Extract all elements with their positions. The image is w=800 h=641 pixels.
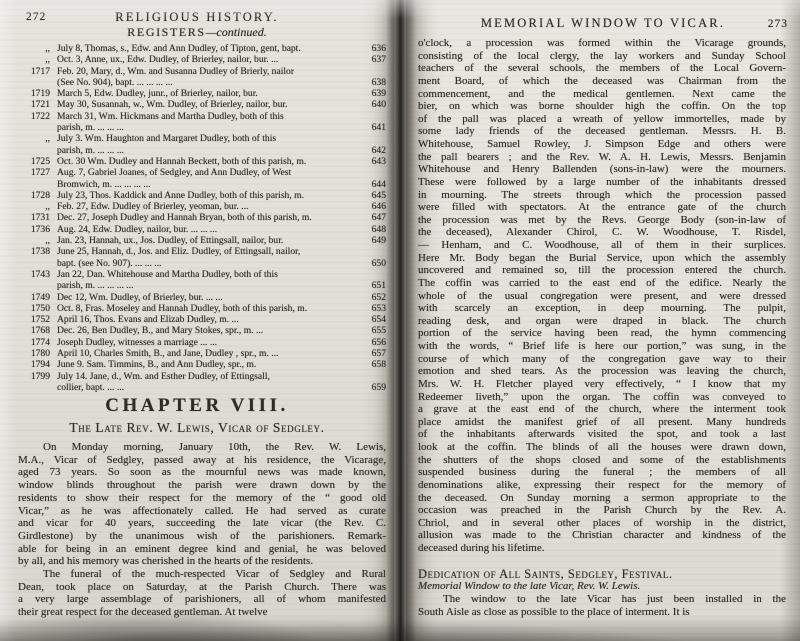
text-line: aged 73 years. So soon as the mournful n… xyxy=(18,466,386,479)
register-ref-number: 647 xyxy=(360,212,386,223)
register-year: ,, xyxy=(18,235,57,246)
register-ref-number: 638 xyxy=(360,77,386,88)
register-ref-number: 642 xyxy=(360,145,386,156)
register-entry: 1768Dec. 26, Ben Dudley, B., and Mary St… xyxy=(18,325,386,336)
register-text-line: July 3. Wm. Haughton and Margaret Dudley… xyxy=(57,133,360,144)
text-line: of the pall was placed a wreath of yello… xyxy=(418,113,786,126)
register-ref-number: 636 xyxy=(360,43,386,54)
text-line: M.A., Vicar of Sedgley, passed away at h… xyxy=(18,454,386,467)
chapter-heading: CHAPTER VIII. xyxy=(0,395,394,417)
register-text-line: March 31, Wm. Hickmans and Martha Dudley… xyxy=(57,111,360,122)
register-ref-number: 659 xyxy=(360,382,386,393)
register-text-line: Aug. 24, Edw. Dudley, nailor, bur. ... .… xyxy=(57,224,360,235)
register-entry: 1725Oct. 30 Wm. Dudley and Hannah Becket… xyxy=(18,156,386,167)
text-line: suspended business during the funeral ; … xyxy=(418,466,786,479)
register-text: Oct. 8, Fras. Moseley and Hannah Dudley,… xyxy=(57,303,360,314)
register-text-line: Feb. 20, Mary, d., Wm. and Susanna Dudle… xyxy=(57,66,360,77)
text-line: the deceased. On Sunday morning a sermon… xyxy=(418,492,786,505)
text-line: commencement, and the medical gentlemen.… xyxy=(418,88,786,101)
closing-paragraph: The window to the late Vicar has just be… xyxy=(418,593,786,618)
register-ref-number: 655 xyxy=(360,325,386,336)
register-ref-number: 657 xyxy=(360,348,386,359)
register-text-line: June 9. Sam. Timmins, B., and Ann Dudley… xyxy=(57,359,360,370)
register-text: Dec. 27, Joseph Dudley and Hannah Bryan,… xyxy=(57,212,360,223)
text-line: consisting of the local clergy, the lay … xyxy=(418,50,786,63)
register-text-line: March 5, Edw. Dudley, junr., of Brierley… xyxy=(57,88,360,99)
book-scan: 272 RELIGIOUS HISTORY. REGISTERS—continu… xyxy=(0,0,800,641)
text-line: look at the coffin. The blinds of all th… xyxy=(418,441,786,454)
text-line: in mourning. The streets through which t… xyxy=(418,189,786,202)
register-entry: ,,Feb. 27, Edw. Dudley of Brierley, yeom… xyxy=(18,201,386,212)
register-entry: 1780April 10, Charles Smith, B., and Jan… xyxy=(18,348,386,359)
register-entry: 1721May 30, Susannah, w., Wm. Dudley, of… xyxy=(18,99,386,110)
text-line: allusion was made to the Christian chara… xyxy=(418,529,786,542)
register-text-line: Jan 22, Dan. Whitehouse and Martha Dudle… xyxy=(57,269,360,280)
register-entry: 1738June 25, Hannah, d., Jos. and Eliz. … xyxy=(18,246,386,269)
text-line: Here Mr. Body began the Burial Service, … xyxy=(418,252,786,265)
text-line: The coffin was carried to the east end o… xyxy=(418,277,786,290)
text-line: residents to show their respect for the … xyxy=(18,492,386,505)
text-line: a grave at the east end of the church, w… xyxy=(418,403,786,416)
text-line: place amidst the manifest grief of all p… xyxy=(418,416,786,429)
text-line: with the words, “ Brief life is here our… xyxy=(418,340,786,353)
text-line: portion of the service having been read,… xyxy=(418,327,786,340)
register-year: 1731 xyxy=(18,212,57,223)
register-text: Aug. 7, Gabriel Joanes, of Sedgley, and … xyxy=(57,167,360,190)
register-year: 1727 xyxy=(18,167,57,190)
text-line: able for being in an eminent degree kind… xyxy=(18,543,386,556)
text-line: by all, and his memory was cherished in … xyxy=(18,555,386,568)
register-year: 1799 xyxy=(18,371,57,394)
register-text-line: July 8, Thomas, s., Edw. and Ann Dudley,… xyxy=(57,43,360,54)
text-line: Chriol, and in several other places of w… xyxy=(418,517,786,530)
dedication-heading: Dedication of All Saints, Sedgley, Festi… xyxy=(418,568,786,581)
register-text: April 10, Charles Smith, B., and Jane, D… xyxy=(57,348,360,359)
register-year: 1768 xyxy=(18,325,57,336)
register-text: Jan. 23, Hannah, ux., Jos. Dudley, of Et… xyxy=(57,235,360,246)
register-ref-number: 641 xyxy=(360,122,386,133)
text-line: teachers of the several schools, the mem… xyxy=(418,62,786,75)
register-entry: ,,July 3. Wm. Haughton and Margaret Dudl… xyxy=(18,133,386,156)
register-text-line: (See No. 904), bapt. ... ... ... ... xyxy=(57,77,360,88)
register-text-line: June 25, Hannah, d., Jos. and Eliz. Dudl… xyxy=(57,246,360,257)
register-ref-number: 648 xyxy=(360,224,386,235)
register-text: July 3. Wm. Haughton and Margaret Dudley… xyxy=(57,133,360,156)
register-text-line: parish, m. ... ... ... xyxy=(57,122,360,133)
register-entry: 1799July 14. Jane, d., Wm. and Esther Du… xyxy=(18,371,386,394)
register-entry: 1731Dec. 27, Joseph Dudley and Hannah Br… xyxy=(18,212,386,223)
register-year: 1752 xyxy=(18,314,57,325)
register-text: March 31, Wm. Hickmans and Martha Dudley… xyxy=(57,111,360,134)
register-ref-number: 640 xyxy=(360,99,386,110)
register-text: Oct. 30 Wm. Dudley and Hannah Beckett, b… xyxy=(57,156,360,167)
register-entry: 1749Dec 12, Wm. Dudley, of Brierley, bur… xyxy=(18,292,386,303)
register-text-line: parish, m. ... ... ... ... xyxy=(57,280,360,291)
register-text-line: July 14. Jane, d., Wm. and Esther Dudley… xyxy=(57,371,360,382)
register-entry: ,,Jan. 23, Hannah, ux., Jos. Dudley, of … xyxy=(18,235,386,246)
text-line: the pall bearers ; and the Rev. W. A. H.… xyxy=(418,151,786,164)
register-text: Feb. 20, Mary, d., Wm. and Susanna Dudle… xyxy=(57,66,360,89)
right-running-header: MEMORIAL WINDOW TO VICAR. xyxy=(406,16,800,31)
register-year: 1719 xyxy=(18,88,57,99)
register-entry: 1722March 31, Wm. Hickmans and Martha Du… xyxy=(18,111,386,134)
text-line: ment Board, of which the deceased was Ch… xyxy=(418,75,786,88)
register-year: 1738 xyxy=(18,246,57,269)
register-text-line: Bromwich, m. ... ... ... ... xyxy=(57,179,360,190)
register-year: ,, xyxy=(18,54,57,65)
text-line: denominations alike, expressing their re… xyxy=(418,479,786,492)
text-line: occasion was preached in the Parish Chur… xyxy=(418,504,786,517)
text-line: These were followed by a large number of… xyxy=(418,176,786,189)
register-ref-number: 652 xyxy=(360,292,386,303)
right-page-body: o'clock, a procession was formed within … xyxy=(418,37,786,618)
register-text: July 8, Thomas, s., Edw. and Ann Dudley,… xyxy=(57,43,360,54)
register-entry: 1794June 9. Sam. Timmins, B., and Ann Du… xyxy=(18,359,386,370)
text-line: Whitehouse and Henry Ballenden (sons-in-… xyxy=(418,163,786,176)
register-text-line: Dec. 26, Ben Dudley, B., and Mary Stokes… xyxy=(57,325,360,336)
register-text: March 5, Edw. Dudley, junr., of Brierley… xyxy=(57,88,360,99)
text-line: The window to the late Vicar has just be… xyxy=(418,593,786,606)
register-entry: 1728July 23, Thos. Kaddick and Anne Dudl… xyxy=(18,190,386,201)
register-text: Aug. 24, Edw. Dudley, nailor, bur. ... .… xyxy=(57,224,360,235)
register-text: April 16, Thos. Evans and Elizab Dudley,… xyxy=(57,314,360,325)
register-text-line: Jan. 23, Hannah, ux., Jos. Dudley, of Et… xyxy=(57,235,360,246)
text-line: On Monday morning, January 10th, the Rev… xyxy=(18,441,386,454)
text-line: Mrs. W. H. Fletcher played very effectiv… xyxy=(418,378,786,391)
register-text-line: Aug. 7, Gabriel Joanes, of Sedgley, and … xyxy=(57,167,360,178)
text-line: of the inhabitants afterwards visited th… xyxy=(418,428,786,441)
register-entry: 1752April 16, Thos. Evans and Elizab Dud… xyxy=(18,314,386,325)
text-line: a very large assemblage of parishioners,… xyxy=(18,593,386,606)
register-year: 1749 xyxy=(18,292,57,303)
register-text-line: parish, m. ... ... ... xyxy=(57,145,360,156)
register-year: 1722 xyxy=(18,111,57,134)
register-text: Joseph Dudley, witnesses a marriage ... … xyxy=(57,337,360,348)
dedication-subheading: Memorial Window to the late Vicar, Rev. … xyxy=(418,580,786,593)
text-line: the shutters of the shops closed and som… xyxy=(418,454,786,467)
book-spine-shadow xyxy=(386,0,416,641)
register-entry: 1736Aug. 24, Edw. Dudley, nailor, bur. .… xyxy=(18,224,386,235)
register-text-line: Dec 12, Wm. Dudley, of Brierley, bur. ..… xyxy=(57,292,360,303)
register-year: 1721 xyxy=(18,99,57,110)
text-line: the deceased), Alexander Chirol, C. W. W… xyxy=(418,226,786,239)
register-ref-number: 650 xyxy=(360,258,386,269)
register-text-line: April 10, Charles Smith, B., and Jane, D… xyxy=(57,348,360,359)
register-entry: 1719March 5, Edw. Dudley, junr., of Brie… xyxy=(18,88,386,99)
text-line: with scarcely an exception, in deep mour… xyxy=(418,302,786,315)
register-year: 1774 xyxy=(18,337,57,348)
register-year: 1728 xyxy=(18,190,57,201)
registers-heading-continued: —continued. xyxy=(206,25,267,39)
text-line: reading desk, and organ were draped in b… xyxy=(418,315,786,328)
register-text: Feb. 27, Edw. Dudley of Brierley, yeoman… xyxy=(57,201,360,212)
text-line: uncovered and remained so, till the proc… xyxy=(418,264,786,277)
register-text: Oct. 3, Anne, ux., Edw. Dudley, of Brier… xyxy=(57,54,360,65)
text-line: their great respect for the deceased gen… xyxy=(18,606,386,619)
text-line: Dean, took place on Saturday, at the Par… xyxy=(18,581,386,594)
text-line: bier, on which was borne shoulder high t… xyxy=(418,100,786,113)
text-line: and vicar for 40 years, succeeding the l… xyxy=(18,517,386,530)
register-text-line: May 30, Susannah, w., Wm. Dudley, of Bri… xyxy=(57,99,360,110)
text-line: — Henham, and C. Woodhouse, all of them … xyxy=(418,239,786,252)
register-text-line: July 23, Thos. Kaddick and Anne Dudley, … xyxy=(57,190,360,201)
chapter-subheading: The Late Rev. W. Lewis, Vicar of Sedgley… xyxy=(0,420,394,436)
memorial-paragraph: o'clock, a procession was formed within … xyxy=(418,37,786,555)
text-line: emotion and shed tears. As the processio… xyxy=(418,365,786,378)
register-entry: 1774Joseph Dudley, witnesses a marriage … xyxy=(18,337,386,348)
register-ref-number: 646 xyxy=(360,201,386,212)
register-ref-number: 644 xyxy=(360,179,386,190)
text-line: the procession was met by the Revs. Geor… xyxy=(418,214,786,227)
text-line: The funeral of the much-respected Vicar … xyxy=(18,568,386,581)
register-ref-number: 651 xyxy=(360,280,386,291)
left-page: 272 RELIGIOUS HISTORY. REGISTERS—continu… xyxy=(0,0,394,641)
register-ref-number: 658 xyxy=(360,359,386,370)
text-line: South Aisle as close as possible to the … xyxy=(418,606,786,619)
text-line: o'clock, a procession was formed within … xyxy=(418,37,786,50)
text-line: some lady friends of the deceased gentle… xyxy=(418,125,786,138)
register-year: 1743 xyxy=(18,269,57,292)
register-ref-number: 637 xyxy=(360,54,386,65)
register-year: 1717 xyxy=(18,66,57,89)
register-text: Jan 22, Dan. Whitehouse and Martha Dudle… xyxy=(57,269,360,292)
text-line: Girdlestone) by the unanimous wish of th… xyxy=(18,530,386,543)
register-ref-number: 649 xyxy=(360,235,386,246)
right-page: 273 MEMORIAL WINDOW TO VICAR. o'clock, a… xyxy=(406,0,800,641)
register-text-line: bapt. (see No. 907). ... ... ... xyxy=(57,258,360,269)
register-entry: 1750Oct. 8, Fras. Moseley and Hannah Dud… xyxy=(18,303,386,314)
text-line: window blinds throughout the parish were… xyxy=(18,479,386,492)
register-year: ,, xyxy=(18,43,57,54)
register-text-line: collier, bapt. ... ... xyxy=(57,382,360,393)
register-year: 1736 xyxy=(18,224,57,235)
register-year: 1750 xyxy=(18,303,57,314)
register-text: June 25, Hannah, d., Jos. and Eliz. Dudl… xyxy=(57,246,360,269)
register-year: ,, xyxy=(18,133,57,156)
register-year: 1725 xyxy=(18,156,57,167)
register-ref-number: 653 xyxy=(360,303,386,314)
register-text-line: April 16, Thos. Evans and Elizab Dudley,… xyxy=(57,314,360,325)
register-text-line: Oct. 3, Anne, ux., Edw. Dudley, of Brier… xyxy=(57,54,360,65)
left-page-body: On Monday morning, January 10th, the Rev… xyxy=(18,441,386,619)
register-ref-number: 654 xyxy=(360,314,386,325)
register-ref-number: 639 xyxy=(360,88,386,99)
register-year: 1794 xyxy=(18,359,57,370)
register-ref-number: 656 xyxy=(360,337,386,348)
register-text: Dec 12, Wm. Dudley, of Brierley, bur. ..… xyxy=(57,292,360,303)
register-text-line: Dec. 27, Joseph Dudley and Hannah Bryan,… xyxy=(57,212,360,223)
text-line: Vicar,” as he was affectionately called.… xyxy=(18,505,386,518)
text-line: deceased during his lifetime. xyxy=(418,542,786,555)
register-entry: 1727Aug. 7, Gabriel Joanes, of Sedgley, … xyxy=(18,167,386,190)
registers-heading: REGISTERS—continued. xyxy=(0,25,394,40)
register-text: July 14. Jane, d., Wm. and Esther Dudley… xyxy=(57,371,360,394)
register-year: ,, xyxy=(18,201,57,212)
registers-heading-word: REGISTERS xyxy=(127,25,205,39)
register-ref-number: 645 xyxy=(360,190,386,201)
registers-list: ,,July 8, Thomas, s., Edw. and Ann Dudle… xyxy=(18,43,386,393)
register-text: Dec. 26, Ben Dudley, B., and Mary Stokes… xyxy=(57,325,360,336)
register-entry: ,,Oct. 3, Anne, ux., Edw. Dudley, of Bri… xyxy=(18,54,386,65)
register-text: June 9. Sam. Timmins, B., and Ann Dudley… xyxy=(57,359,360,370)
register-text: May 30, Susannah, w., Wm. Dudley, of Bri… xyxy=(57,99,360,110)
register-text-line: Feb. 27, Edw. Dudley of Brierley, yeoman… xyxy=(57,201,360,212)
register-year: 1780 xyxy=(18,348,57,359)
text-line: course of which many of the congregation… xyxy=(418,353,786,366)
register-entry: 1717Feb. 20, Mary, d., Wm. and Susanna D… xyxy=(18,66,386,89)
register-text-line: Oct. 30 Wm. Dudley and Hannah Beckett, b… xyxy=(57,156,360,167)
text-line: Whitehouse, Samuel Rowley, J. Simpson Ed… xyxy=(418,138,786,151)
register-entry: ,,July 8, Thomas, s., Edw. and Ann Dudle… xyxy=(18,43,386,54)
left-running-header: RELIGIOUS HISTORY. xyxy=(0,10,394,25)
text-line: were filled with spectators. At the entr… xyxy=(418,201,786,214)
register-entry: 1743Jan 22, Dan. Whitehouse and Martha D… xyxy=(18,269,386,292)
register-text-line: Oct. 8, Fras. Moseley and Hannah Dudley,… xyxy=(57,303,360,314)
register-text: July 23, Thos. Kaddick and Anne Dudley, … xyxy=(57,190,360,201)
text-line: whole of the usual congregation were pre… xyxy=(418,290,786,303)
text-line: Redeemer liveth,” upon the organ. The co… xyxy=(418,391,786,404)
register-text-line: Joseph Dudley, witnesses a marriage ... … xyxy=(57,337,360,348)
register-ref-number: 643 xyxy=(360,156,386,167)
